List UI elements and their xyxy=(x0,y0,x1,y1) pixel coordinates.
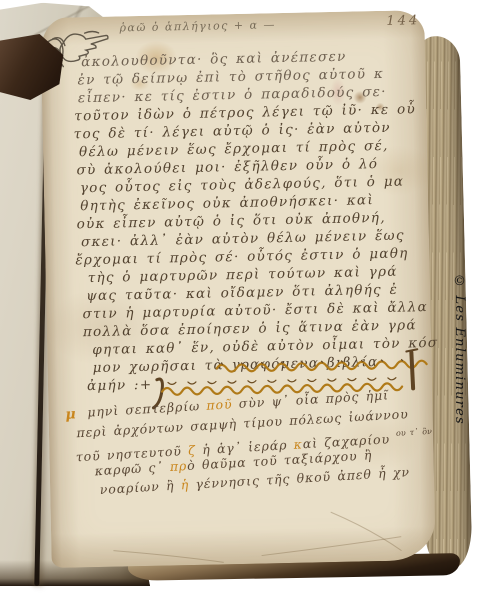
photo-background: ῥαῶ ὁ ἁπλήγιος + α — 144 ἀκολουθοῦντα· ὃ… xyxy=(0,0,487,600)
rubric-segment: ποῦ xyxy=(206,396,233,412)
header-note: ῥαῶ ὁ ἁπλήγιος + α — xyxy=(119,17,309,34)
rubric-segment: πρ xyxy=(169,458,187,474)
margin-initial: μ xyxy=(65,406,76,423)
manuscript-page: ῥαῶ ὁ ἁπλήγιος + α — 144 ἀκολουθοῦντα· ὃ… xyxy=(40,10,435,568)
copyright-watermark: © Les Enluminures xyxy=(452,274,467,594)
folio-number: 144 xyxy=(386,13,420,29)
line-segment: καρφῶ ς᾽ xyxy=(94,459,170,478)
superscript-segment: ου τ᾽ ὂν xyxy=(396,427,432,438)
main-text-block: ἀκολουθοῦντα· ὃς καὶ ἀνέπεσεν ἐν τῷ δείπ… xyxy=(77,46,430,395)
page-creases xyxy=(100,480,442,577)
